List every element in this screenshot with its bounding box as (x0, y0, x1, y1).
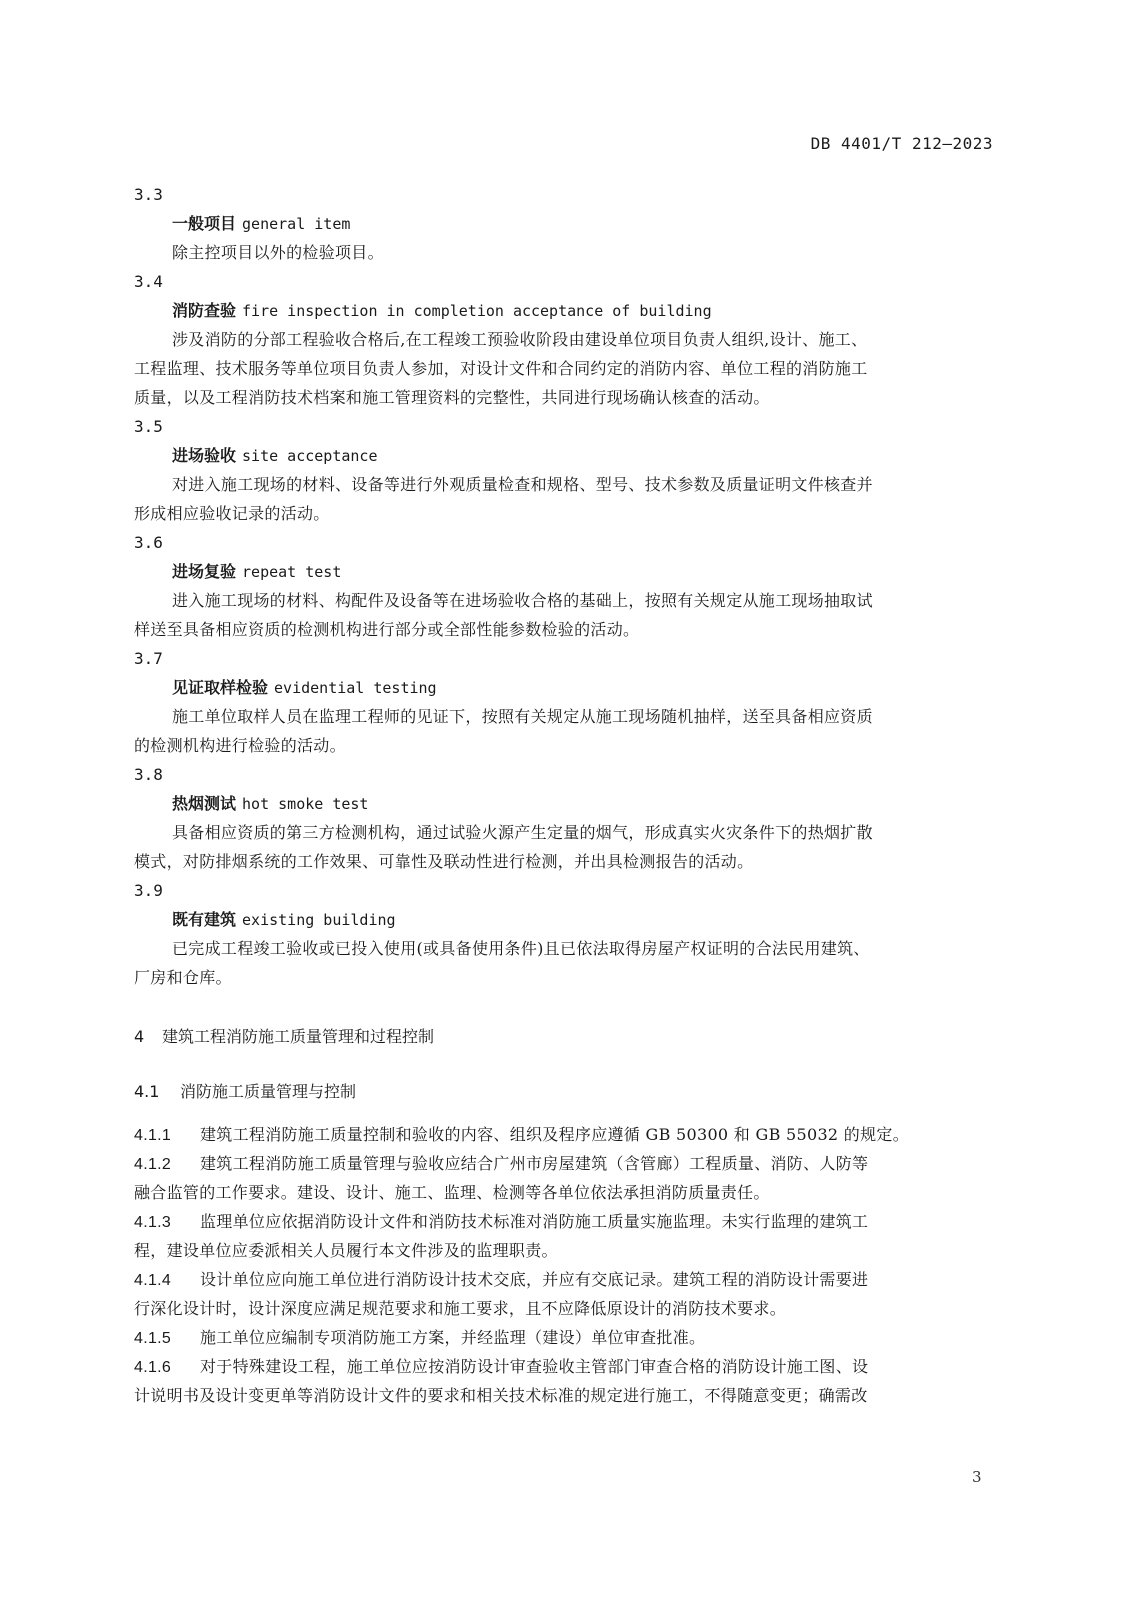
clause-4-1-4: 4.1.4设计单位应向施工单位进行消防设计技术交底，并应有交底记录。建筑工程的消… (134, 1265, 1004, 1294)
term-number: 3.7 (134, 644, 1004, 673)
clause-4-1-3: 4.1.3监理单位应依据消防设计文件和消防技术标准对消防施工质量实施监理。未实行… (134, 1207, 1004, 1236)
subsection-title: 消防施工质量管理与控制 (180, 1082, 356, 1101)
clause-4-1-2: 4.1.2建筑工程消防施工质量管理与验收应结合广州市房屋建筑（含管廊）工程质量、… (134, 1149, 1004, 1178)
term-entry: 3.3 一般项目general item 除主控项目以外的检验项目。 (134, 180, 1004, 267)
term-zh: 进场验收 (172, 446, 236, 465)
clause-number: 4.1.3 (134, 1208, 200, 1236)
clause-number: 4.1.6 (134, 1353, 200, 1381)
clause-text: 对于特殊建设工程，施工单位应按消防设计审查验收主管部门审查合格的消防设计施工图、… (200, 1357, 868, 1376)
term-zh: 一般项目 (172, 214, 236, 233)
term-definition: 施工单位取样人员在监理工程师的见证下，按照有关规定从施工现场随机抽样，送至具备相… (134, 702, 1004, 731)
term-definition-cont: 工程监理、技术服务等单位项目负责人参加，对设计文件和合同约定的消防内容、单位工程… (134, 354, 1004, 383)
clause-text: 设计单位应向施工单位进行消防设计技术交底，并应有交底记录。建筑工程的消防设计需要… (200, 1270, 868, 1289)
term-definition-cont: 厂房和仓库。 (134, 963, 1004, 992)
term-definition: 具备相应资质的第三方检测机构，通过试验火源产生定量的烟气，形成真实火灾条件下的热… (134, 818, 1004, 847)
term-zh: 消防查验 (172, 301, 236, 320)
term-en: existing building (242, 911, 396, 929)
clause-number: 4.1.5 (134, 1324, 200, 1352)
page-body: 3.3 一般项目general item 除主控项目以外的检验项目。 3.4 消… (134, 180, 1004, 1410)
term-definition: 除主控项目以外的检验项目。 (134, 238, 1004, 267)
term-number: 3.5 (134, 412, 1004, 441)
term-zh: 见证取样检验 (172, 678, 268, 697)
clause-text-cont: 融合监管的工作要求。建设、设计、施工、监理、检测等各单位依法承担消防质量责任。 (134, 1178, 1004, 1207)
clause-4-1-6: 4.1.6对于特殊建设工程，施工单位应按消防设计审查验收主管部门审查合格的消防设… (134, 1352, 1004, 1381)
term-definition: 进入施工现场的材料、构配件及设备等在进场验收合格的基础上，按照有关规定从施工现场… (134, 586, 1004, 615)
term-definition-cont: 形成相应验收记录的活动。 (134, 499, 1004, 528)
term-entry: 3.5 进场验收site acceptance 对进入施工现场的材料、设备等进行… (134, 412, 1004, 528)
term-definition-cont: 样送至具备相应资质的检测机构进行部分或全部性能参数检验的活动。 (134, 615, 1004, 644)
term-en: site acceptance (242, 447, 377, 465)
term-number: 3.4 (134, 267, 1004, 296)
clause-text-cont: 计说明书及设计变更单等消防设计文件的要求和相关技术标准的规定进行施工，不得随意变… (134, 1381, 1004, 1410)
term-zh: 热烟测试 (172, 794, 236, 813)
clause-number: 4.1.1 (134, 1121, 200, 1149)
term-entry: 3.9 既有建筑existing building 已完成工程竣工验收或已投入使… (134, 876, 1004, 992)
term-definition-cont: 质量，以及工程消防技术档案和施工管理资料的完整性，共同进行现场确认核查的活动。 (134, 383, 1004, 412)
term-entry: 3.6 进场复验repeat test 进入施工现场的材料、构配件及设备等在进场… (134, 528, 1004, 644)
term-definition-cont: 模式，对防排烟系统的工作效果、可靠性及联动性进行检测，并出具检测报告的活动。 (134, 847, 1004, 876)
clause-text: 监理单位应依据消防设计文件和消防技术标准对消防施工质量实施监理。未实行监理的建筑… (200, 1212, 868, 1231)
term-definition-cont: 的检测机构进行检验的活动。 (134, 731, 1004, 760)
term-definition: 涉及消防的分部工程验收合格后,在工程竣工预验收阶段由建设单位项目负责人组织,设计… (134, 325, 1004, 354)
section-number: 4 (134, 1022, 162, 1051)
term-number: 3.6 (134, 528, 1004, 557)
term-entry: 3.7 见证取样检验evidential testing 施工单位取样人员在监理… (134, 644, 1004, 760)
term-number: 3.9 (134, 876, 1004, 905)
term-heading: 既有建筑existing building (134, 905, 1004, 934)
clause-text: 建筑工程消防施工质量管理与验收应结合广州市房屋建筑（含管廊）工程质量、消防、人防… (200, 1154, 868, 1173)
term-en: fire inspection in completion acceptance… (242, 302, 712, 320)
clause-4-1-5: 4.1.5施工单位应编制专项消防施工方案，并经监理（建设）单位审查批准。 (134, 1323, 1004, 1352)
term-zh: 进场复验 (172, 562, 236, 581)
term-entry: 3.8 热烟测试hot smoke test 具备相应资质的第三方检测机构，通过… (134, 760, 1004, 876)
term-number: 3.3 (134, 180, 1004, 209)
clause-number: 4.1.2 (134, 1150, 200, 1178)
term-definition: 对进入施工现场的材料、设备等进行外观质量检查和规格、型号、技术参数及质量证明文件… (134, 470, 1004, 499)
clause-text: 建筑工程消防施工质量控制和验收的内容、组织及程序应遵循 GB 50300 和 G… (200, 1125, 909, 1144)
clause-text-cont: 程，建设单位应委派相关人员履行本文件涉及的监理职责。 (134, 1236, 1004, 1265)
term-en: repeat test (242, 563, 341, 581)
subsection-number: 4.1 (134, 1077, 180, 1106)
term-definition: 已完成工程竣工验收或已投入使用(或具备使用条件)且已依法取得房屋产权证明的合法民… (134, 934, 1004, 963)
term-heading: 见证取样检验evidential testing (134, 673, 1004, 702)
term-heading: 消防查验fire inspection in completion accept… (134, 296, 1004, 325)
clause-number: 4.1.4 (134, 1266, 200, 1294)
section-heading-4: 4建筑工程消防施工质量管理和过程控制 (134, 1022, 1004, 1051)
section-title: 建筑工程消防施工质量管理和过程控制 (162, 1027, 434, 1046)
term-heading: 进场验收site acceptance (134, 441, 1004, 470)
clause-text-cont: 行深化设计时，设计深度应满足规范要求和施工要求，且不应降低原设计的消防技术要求。 (134, 1294, 1004, 1323)
term-heading: 热烟测试hot smoke test (134, 789, 1004, 818)
subsection-heading-4-1: 4.1消防施工质量管理与控制 (134, 1077, 1004, 1106)
term-en: general item (242, 215, 350, 233)
document-id-header: DB 4401/T 212—2023 (811, 134, 993, 153)
clause-text: 施工单位应编制专项消防施工方案，并经监理（建设）单位审查批准。 (200, 1328, 705, 1347)
clause-4-1-1: 4.1.1建筑工程消防施工质量控制和验收的内容、组织及程序应遵循 GB 5030… (134, 1120, 1004, 1149)
term-entry: 3.4 消防查验fire inspection in completion ac… (134, 267, 1004, 412)
term-zh: 既有建筑 (172, 910, 236, 929)
term-number: 3.8 (134, 760, 1004, 789)
term-heading: 进场复验repeat test (134, 557, 1004, 586)
term-en: evidential testing (274, 679, 437, 697)
term-heading: 一般项目general item (134, 209, 1004, 238)
page-number: 3 (972, 1468, 982, 1486)
term-en: hot smoke test (242, 795, 368, 813)
